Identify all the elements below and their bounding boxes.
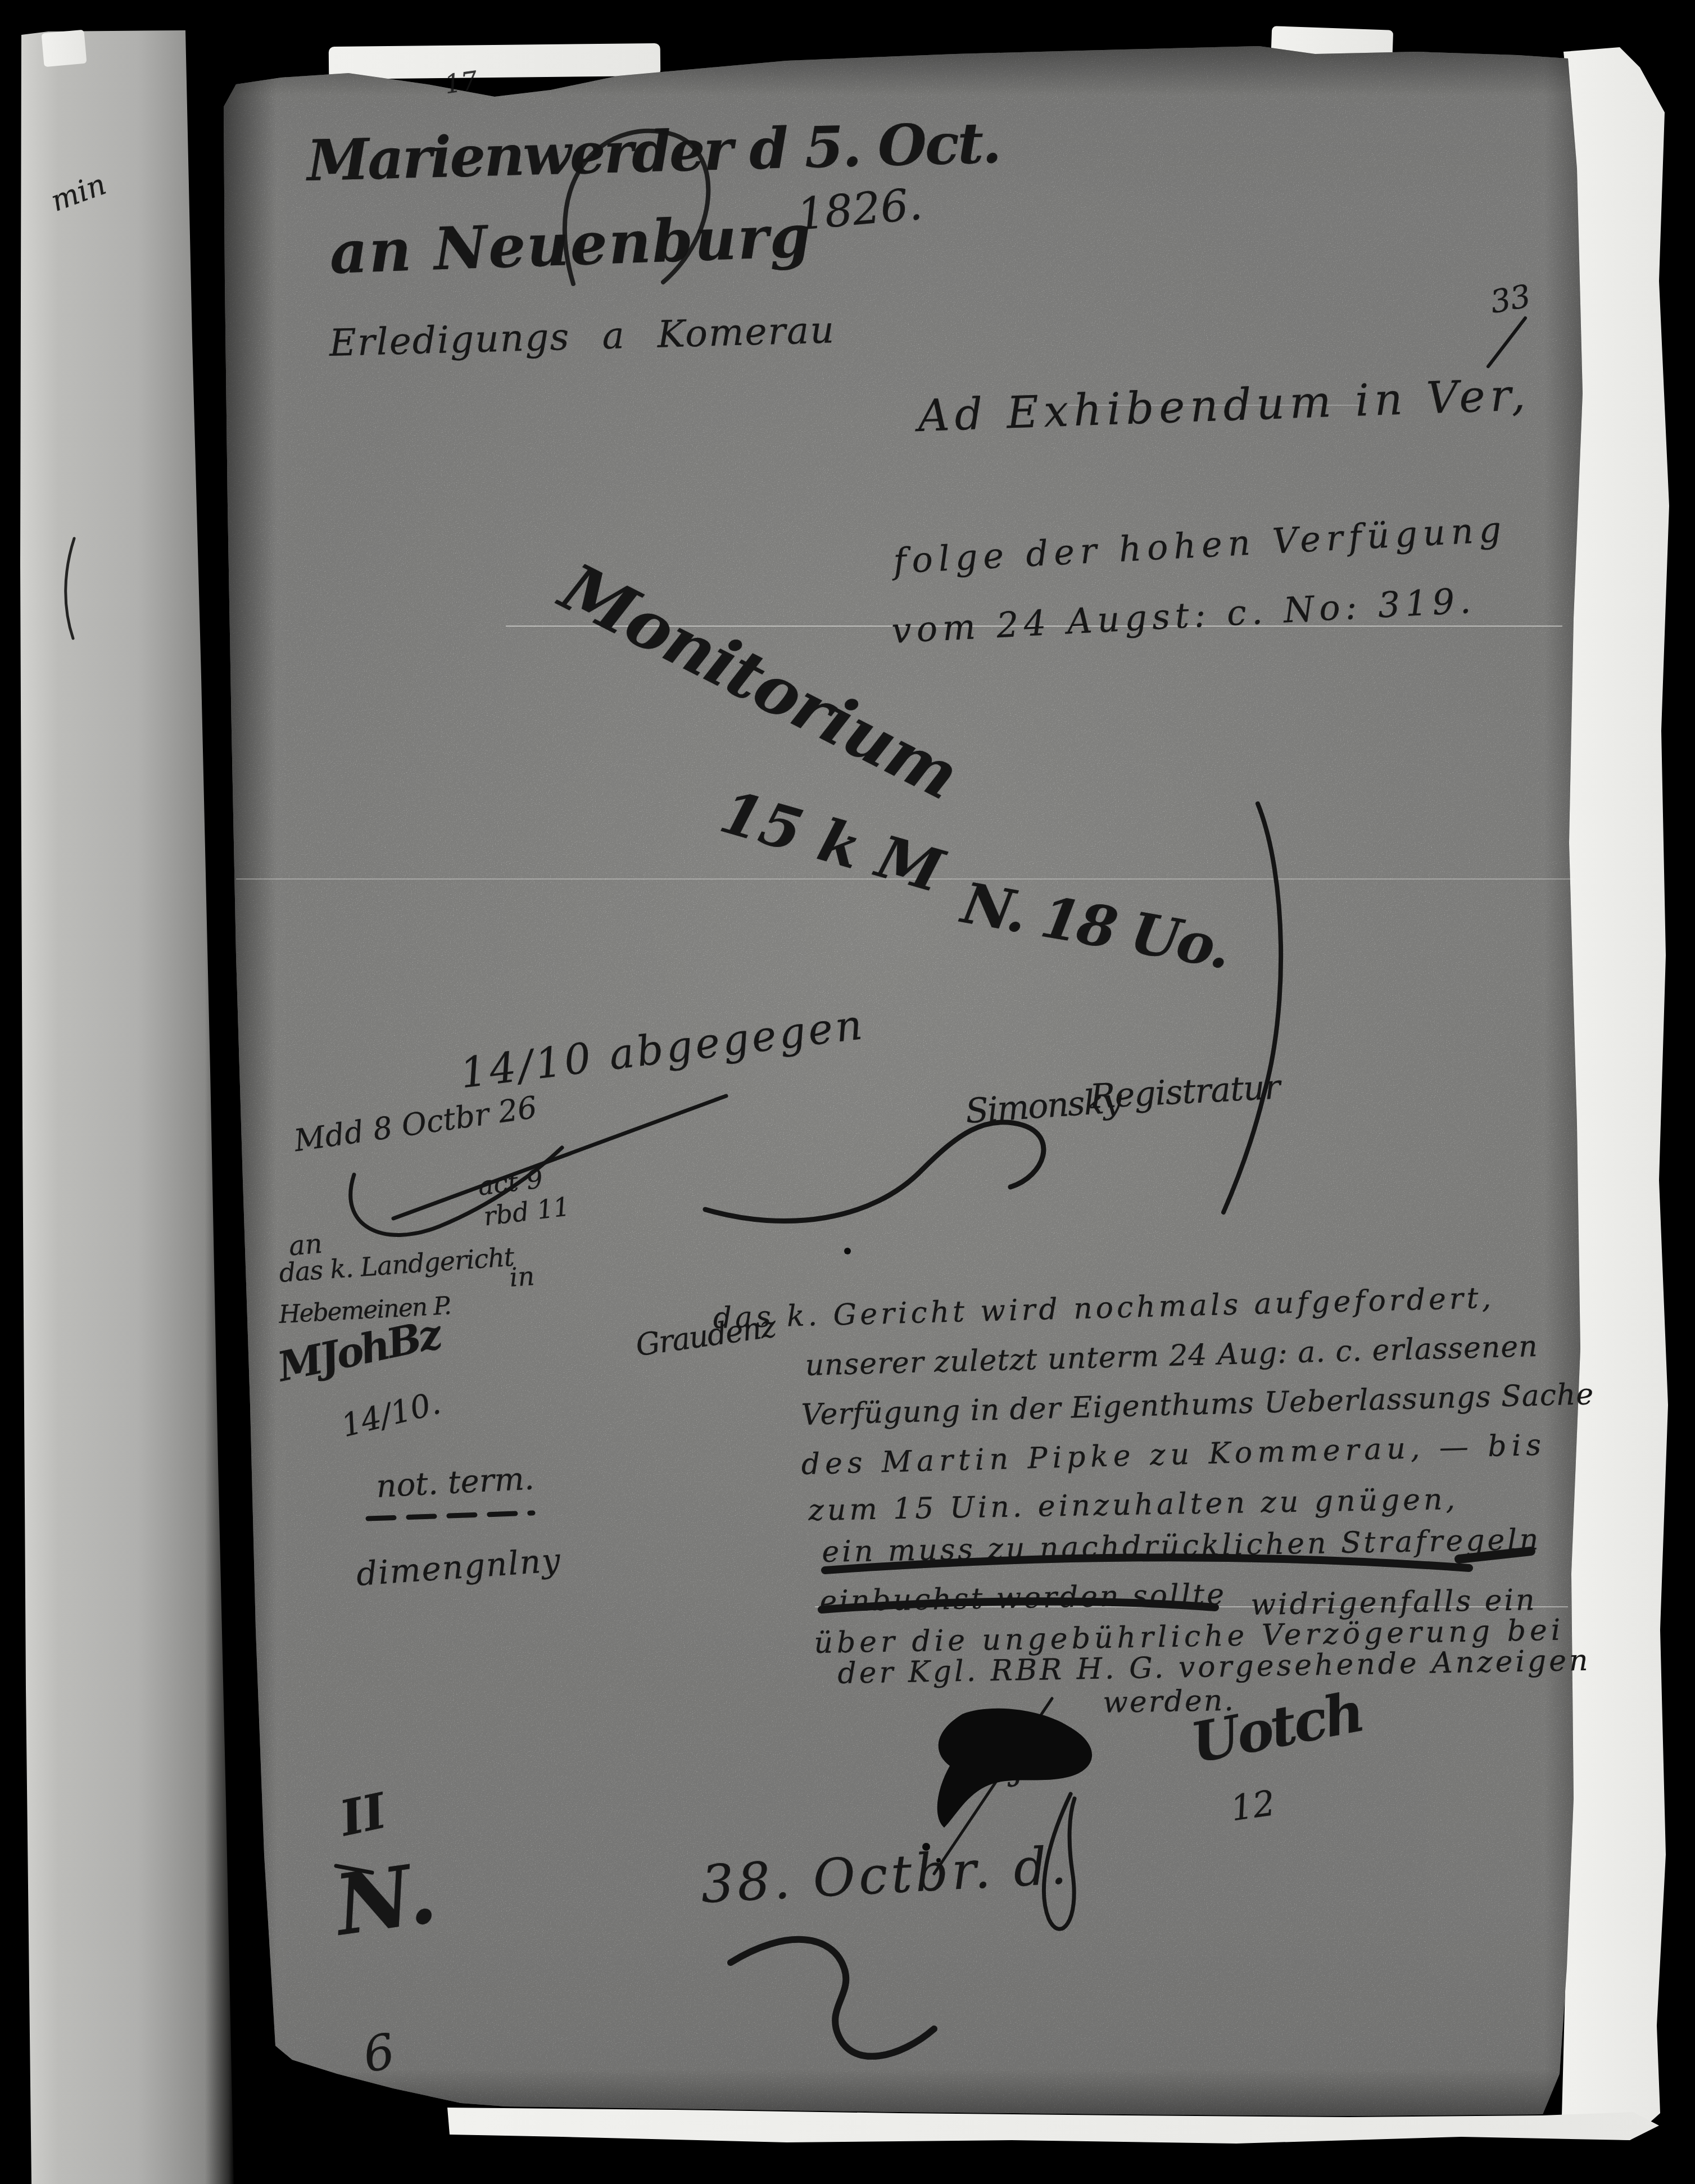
body-struck-line: einbuchst werden sollte: [819, 1580, 1226, 1616]
footer-initial: N.: [330, 1851, 441, 1947]
signature-number: 12: [1229, 1786, 1277, 1826]
header-place-date: Marienwerder d 5. Oct.: [306, 115, 1000, 189]
scanned-document-page: min 17 Marienwerder d 5. Oct. 1826. an N…: [0, 0, 1695, 2184]
underpage-top-edge: [329, 43, 661, 79]
approval-note: ja.: [1010, 1745, 1058, 1785]
corner-mark: 17: [443, 67, 479, 98]
header-addressee: an Neuenburg: [329, 207, 813, 282]
dispatch-office: Registratur: [1089, 1070, 1281, 1114]
margin-in: in: [509, 1263, 535, 1290]
adjacent-page-edge: [20, 30, 235, 2184]
footer-mark: II: [336, 1787, 391, 1843]
margin-act-note: act 9: [477, 1166, 544, 1199]
page-number: 33: [1488, 281, 1533, 319]
paper-tab-left-strip: [42, 30, 87, 67]
header-year: 1826.: [795, 183, 924, 237]
margin-note-term: not. term.: [375, 1463, 535, 1503]
